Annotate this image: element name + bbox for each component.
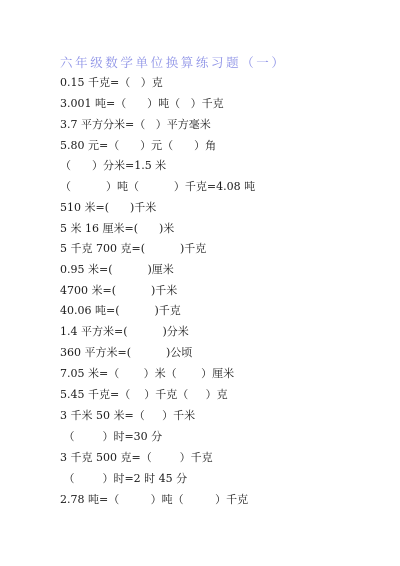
exercise-line: 3.7 平方分米=（ ）平方毫米	[60, 116, 211, 132]
exercise-line: 3 千克 500 克=（ ）千克	[60, 449, 213, 465]
exercise-line: 360 平方米=( )公顷	[60, 344, 192, 360]
worksheet-title: 六年级数学单位换算练习题（一）	[60, 53, 287, 71]
exercise-line: 5 米 16 厘米=( )米	[60, 220, 174, 236]
worksheet-page: 六年级数学单位换算练习题（一） 0.15 千克=（ ）克 3.001 吨=（ ）…	[0, 0, 400, 566]
exercise-line: 5.80 元=（ ）元（ ）角	[60, 137, 216, 153]
exercise-line: （ ）时=2 时 45 分	[60, 470, 187, 486]
exercise-line: （ ）时=30 分	[60, 428, 162, 444]
exercise-line: 1.4 平方米=( )分米	[60, 323, 189, 339]
exercise-line: 5.45 千克=（ ）千克（ ）克	[60, 386, 228, 402]
exercise-line: 7.05 米=（ ）米（ ）厘米	[60, 365, 234, 381]
exercise-line: 0.15 千克=（ ）克	[60, 74, 163, 90]
exercise-line: （ ）吨（ ）千克=4.08 吨	[60, 178, 255, 194]
exercise-line: （ ）分米=1.5 米	[60, 157, 166, 173]
exercise-line: 510 米=( )千米	[60, 199, 156, 215]
exercise-line: 3.001 吨=（ ）吨（ ）千克	[60, 95, 224, 111]
exercise-line: 40.06 吨=( )千克	[60, 302, 181, 318]
exercise-line: 0.95 米=( )厘米	[60, 261, 174, 277]
exercise-line: 4700 米=( )千米	[60, 282, 177, 298]
exercise-line: 3 千米 50 米=（ ）千米	[60, 407, 195, 423]
exercise-line: 5 千克 700 克=( )千克	[60, 240, 206, 256]
exercise-line: 2.78 吨=（ ）吨（ ）千克	[60, 491, 248, 507]
